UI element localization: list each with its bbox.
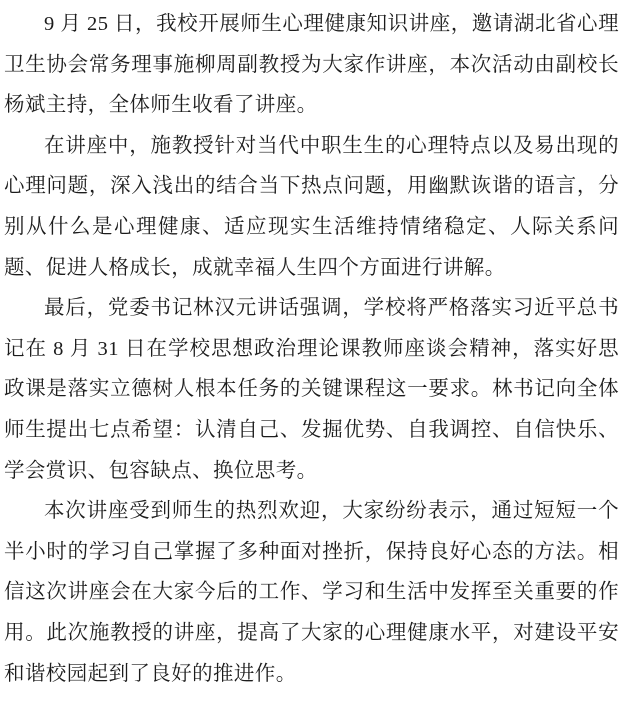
document-body: 9 月 25 日，我校开展师生心理健康知识讲座，邀请湖北省心理卫生协会常务理事施…	[4, 4, 619, 694]
paragraph-secretary-speech: 最后，党委书记林汉元讲话强调，学校将严格落实习近平总书记在 8 月 31 日在学…	[4, 288, 619, 491]
document-page: 9 月 25 日，我校开展师生心理健康知识讲座，邀请湖北省心理卫生协会常务理事施…	[0, 0, 628, 705]
paragraph-lecture-intro: 9 月 25 日，我校开展师生心理健康知识讲座，邀请湖北省心理卫生协会常务理事施…	[4, 4, 619, 126]
paragraph-conclusion: 本次讲座受到师生的热烈欢迎，大家纷纷表示，通过短短一个半小时的学习自己掌握了多种…	[4, 491, 619, 694]
paragraph-lecture-content: 在讲座中，施教授针对当代中职生生的心理特点以及易出现的心理问题，深入浅出的结合当…	[4, 126, 619, 288]
